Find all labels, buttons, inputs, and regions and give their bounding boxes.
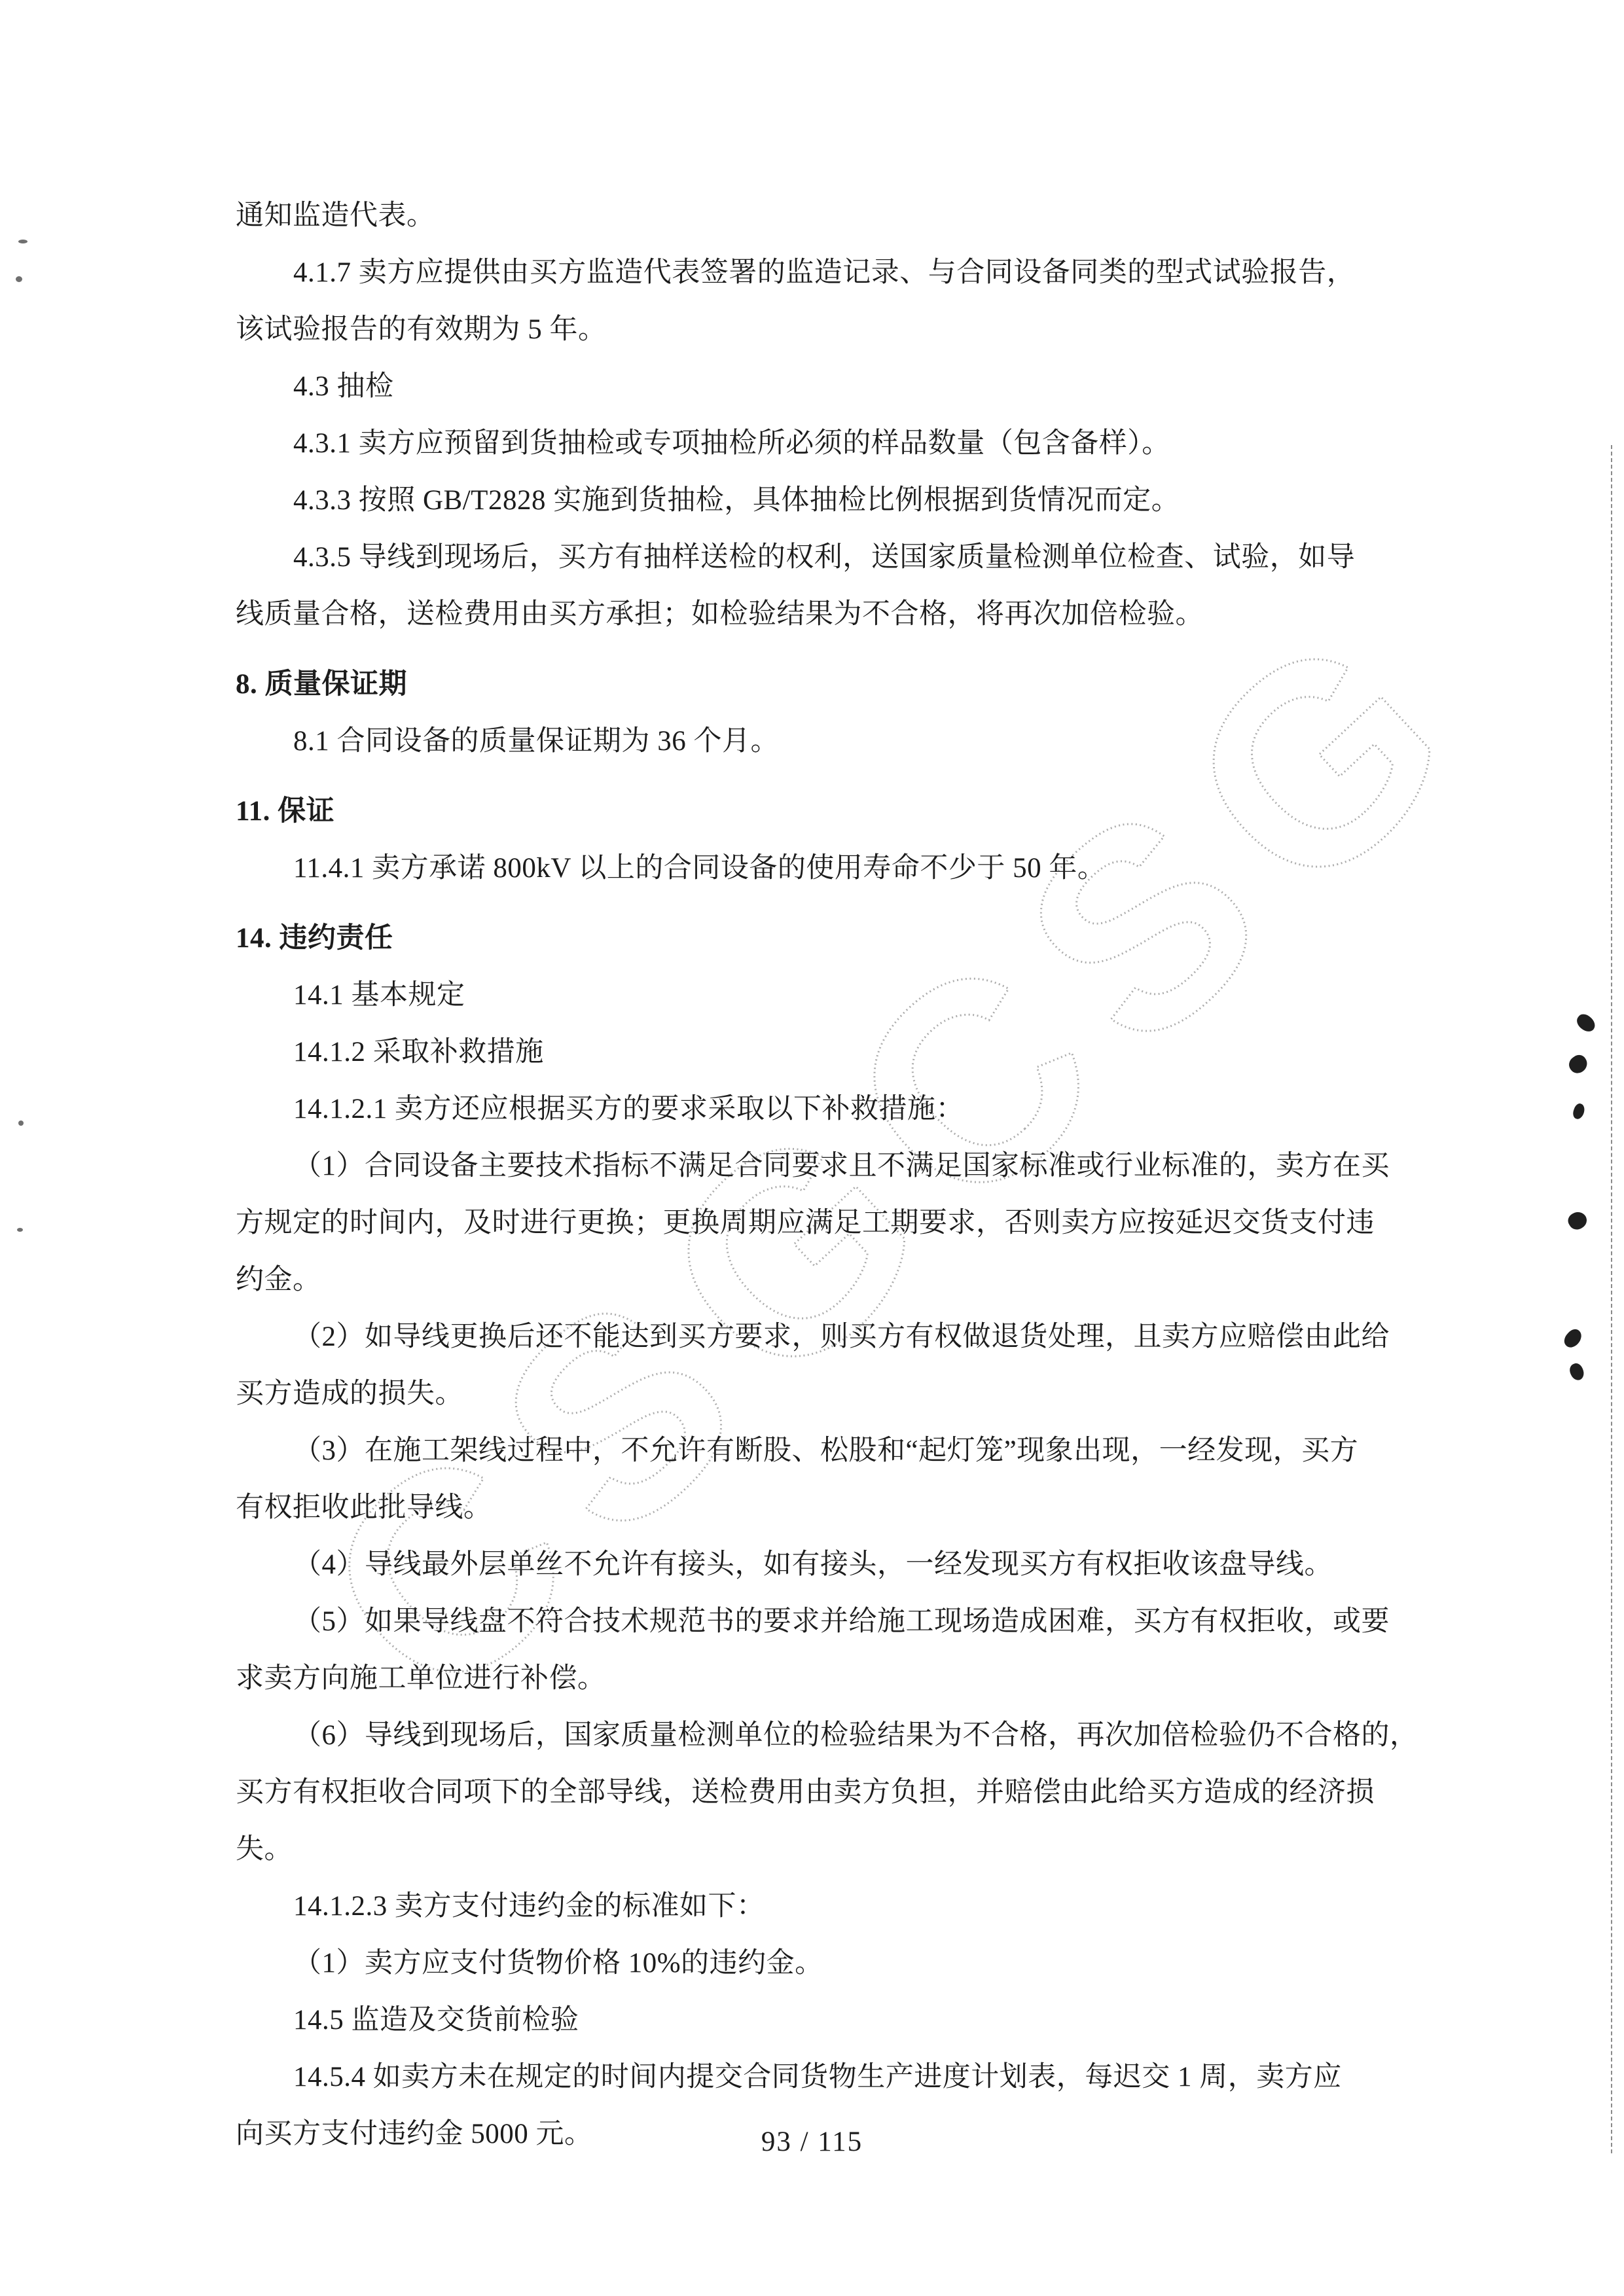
paragraph: 14.1.2.3 卖方支付违约金的标准如下： (236, 1878, 1388, 1935)
text-line: 14.1.2.1 卖方还应根据买方的要求采取以下补救措施： (236, 1081, 1388, 1138)
text-line: （5）如果导线盘不符合技术规范书的要求并给施工现场造成困难，买方有权拒收，或要 (236, 1593, 1388, 1650)
paragraph: 14.1.2 采取补救措施 (236, 1024, 1388, 1081)
text-line: 14. 违约责任 (236, 910, 1388, 967)
paragraph: （3）在施工架线过程中，不允许有断股、松股和“起灯笼”现象出现，一经发现，买方有… (236, 1422, 1388, 1536)
paragraph: （5）如果导线盘不符合技术规范书的要求并给施工现场造成困难，买方有权拒收，或要求… (236, 1593, 1388, 1707)
text-line: 11. 保证 (236, 783, 1388, 840)
section-heading: 14. 违约责任 (236, 910, 1388, 967)
paragraph: （6）导线到现场后，国家质量检测单位的检验结果为不合格，再次加倍检验仍不合格的，… (236, 1707, 1388, 1878)
text-line: 约金。 (236, 1251, 1388, 1308)
paragraph: 14.1.2.1 卖方还应根据买方的要求采取以下补救措施： (236, 1081, 1388, 1138)
text-line: 有权拒收此批导线。 (236, 1479, 1388, 1536)
paragraph: （1）合同设备主要技术指标不满足合同要求且不满足国家标准或行业标准的，卖方在买方… (236, 1138, 1388, 1308)
paragraph: （2）如导线更换后还不能达到买方要求，则买方有权做退货处理，且卖方应赔偿由此给买… (236, 1308, 1388, 1422)
text-line: （6）导线到现场后，国家质量检测单位的检验结果为不合格，再次加倍检验仍不合格的， (236, 1707, 1388, 1764)
text-line: 线质量合格，送检费用由买方承担；如检验结果为不合格，将再次加倍检验。 (236, 586, 1388, 643)
text-line: 求卖方向施工单位进行补偿。 (236, 1650, 1388, 1707)
text-line: 14.1.2.3 卖方支付违约金的标准如下： (236, 1878, 1388, 1935)
paragraph: （1）卖方应支付货物价格 10%的违约金。 (236, 1935, 1388, 1992)
page-number: 93 / 115 (761, 2126, 863, 2158)
paragraph: 4.3.5 导线到现场后，买方有抽样送检的权利，送国家质量检测单位检查、试验，如… (236, 529, 1388, 643)
paragraph: （4）导线最外层单丝不允许有接头，如有接头，一经发现买方有权拒收该盘导线。 (236, 1536, 1388, 1593)
document-body: 通知监造代表。4.1.7 卖方应提供由买方监造代表签署的监造记录、与合同设备同类… (236, 0, 1388, 2162)
section-heading: 8. 质量保证期 (236, 656, 1388, 713)
text-line: 14.1.2 采取补救措施 (236, 1024, 1388, 1081)
scan-artifact-mark (1574, 1011, 1598, 1035)
text-line: （4）导线最外层单丝不允许有接头，如有接头，一经发现买方有权拒收该盘导线。 (236, 1536, 1388, 1593)
scan-artifact-speck (18, 1121, 24, 1126)
text-line: 14.1 基本规定 (236, 967, 1388, 1024)
scan-artifact-speck (16, 276, 22, 282)
scan-artifact-mark (1561, 1326, 1585, 1350)
document-page: CSGCSG 通知监造代表。4.1.7 卖方应提供由买方监造代表签署的监造记录、… (0, 0, 1624, 2296)
section-heading: 11. 保证 (236, 783, 1388, 840)
text-line: 4.3 抽检 (236, 358, 1388, 415)
scan-artifact-speck (18, 240, 27, 243)
paragraph: 14.5 监造及交货前检验 (236, 1992, 1388, 2049)
text-line: 买方有权拒收合同项下的全部导线，送检费用由卖方负担，并赔偿由此给买方造成的经济损 (236, 1764, 1388, 1821)
text-line: 8. 质量保证期 (236, 656, 1388, 713)
scan-artifact-mark (1571, 1102, 1586, 1121)
paragraph: 通知监造代表。 (236, 187, 1388, 244)
paragraph: 14.1 基本规定 (236, 967, 1388, 1024)
paragraph: 4.3.3 按照 GB/T2828 实施到货抽检，具体抽检比例根据到货情况而定。 (236, 472, 1388, 529)
text-line: 14.5 监造及交货前检验 (236, 1992, 1388, 2049)
text-line: （2）如导线更换后还不能达到买方要求，则买方有权做退货处理，且卖方应赔偿由此给 (236, 1308, 1388, 1365)
text-line: 8.1 合同设备的质量保证期为 36 个月。 (236, 713, 1388, 770)
text-line: 该试验报告的有效期为 5 年。 (236, 301, 1388, 358)
text-line: （1）合同设备主要技术指标不满足合同要求且不满足国家标准或行业标准的，卖方在买 (236, 1138, 1388, 1194)
text-line: 4.3.1 卖方应预留到货抽检或专项抽检所必须的样品数量（包含备样）。 (236, 415, 1388, 472)
text-line: （3）在施工架线过程中，不允许有断股、松股和“起灯笼”现象出现，一经发现，买方 (236, 1422, 1388, 1479)
text-line: 11.4.1 卖方承诺 800kV 以上的合同设备的使用寿命不少于 50 年。 (236, 840, 1388, 897)
paragraph: 4.1.7 卖方应提供由买方监造代表签署的监造记录、与合同设备同类的型式试验报告… (236, 244, 1388, 358)
text-line: （1）卖方应支付货物价格 10%的违约金。 (236, 1935, 1388, 1992)
scan-artifact-dashed-line (1611, 445, 1612, 2153)
scan-artifact-mark (1566, 1052, 1591, 1076)
text-line: 4.3.3 按照 GB/T2828 实施到货抽检，具体抽检比例根据到货情况而定。 (236, 472, 1388, 529)
text-line: 通知监造代表。 (236, 187, 1388, 244)
text-line: 4.1.7 卖方应提供由买方监造代表签署的监造记录、与合同设备同类的型式试验报告… (236, 244, 1388, 301)
scan-artifact-mark (1565, 1209, 1589, 1233)
paragraph: 4.3.1 卖方应预留到货抽检或专项抽检所必须的样品数量（包含备样）。 (236, 415, 1388, 472)
text-line: 买方造成的损失。 (236, 1365, 1388, 1422)
paragraph: 11.4.1 卖方承诺 800kV 以上的合同设备的使用寿命不少于 50 年。 (236, 840, 1388, 897)
paragraph: 8.1 合同设备的质量保证期为 36 个月。 (236, 713, 1388, 770)
text-line: 方规定的时间内，及时进行更换；更换周期应满足工期要求，否则卖方应按延迟交货支付违 (236, 1194, 1388, 1251)
text-line: 4.3.5 导线到现场后，买方有抽样送检的权利，送国家质量检测单位检查、试验，如… (236, 529, 1388, 586)
scan-artifact-mark (1567, 1361, 1586, 1382)
text-line: 14.5.4 如卖方未在规定的时间内提交合同货物生产进度计划表，每迟交 1 周，… (236, 2049, 1388, 2106)
text-line: 失。 (236, 1821, 1388, 1878)
paragraph: 4.3 抽检 (236, 358, 1388, 415)
scan-artifact-speck (17, 1228, 23, 1232)
